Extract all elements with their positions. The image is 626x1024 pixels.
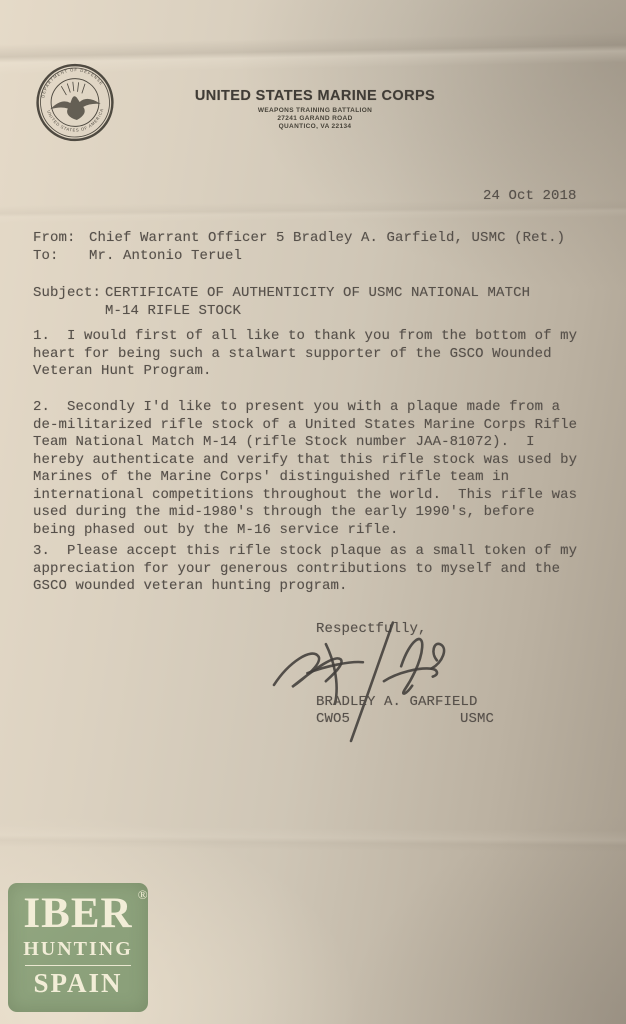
logo-divider	[25, 965, 131, 966]
letter-photo: DEPARTMENT OF DEFENSE UNITED STATES OF A…	[0, 0, 626, 1024]
to-label: To:	[33, 248, 89, 266]
from-value: Chief Warrant Officer 5 Bradley A. Garfi…	[89, 230, 565, 248]
svg-text:DEPARTMENT OF DEFENSE: DEPARTMENT OF DEFENSE	[37, 64, 105, 98]
letterhead-subline-battalion: WEAPONS TRAINING BATTALION	[170, 107, 460, 115]
letterhead: UNITED STATES MARINE CORPS WEAPONS TRAIN…	[170, 88, 460, 130]
signer-rank: CWO5	[316, 711, 350, 729]
paper-crease	[0, 825, 626, 853]
paragraph-1: 1. I would first of all like to thank yo…	[33, 328, 577, 381]
from-label: From:	[33, 230, 89, 248]
logo-word-iber: IBER®	[23, 892, 132, 935]
seal-rays	[61, 81, 86, 96]
subject-label: Subject:	[33, 285, 105, 320]
letterhead-title: UNITED STATES MARINE CORPS	[170, 88, 460, 104]
paragraph-2: 2. Secondly I'd like to present you with…	[33, 399, 577, 539]
to-value: Mr. Antonio Teruel	[89, 248, 242, 266]
signer-name: BRADLEY A. GARFIELD	[316, 694, 478, 712]
subject-line-2: M-14 RIFLE STOCK	[105, 303, 530, 321]
address-block: From: Chief Warrant Officer 5 Bradley A.…	[33, 230, 593, 265]
letterhead-subline-street: 27241 GARAND ROAD	[170, 115, 460, 123]
logo-word-spain: SPAIN	[8, 968, 148, 999]
subject-line-1: CERTIFICATE OF AUTHENTICITY OF USMC NATI…	[105, 285, 530, 303]
letterhead-subline-city: QUANTICO, VA 22134	[170, 123, 460, 131]
paragraph-3: 3. Please accept this rifle stock plaque…	[33, 543, 577, 596]
subject-block: Subject: CERTIFICATE OF AUTHENTICITY OF …	[33, 285, 593, 320]
seal-ring-text-top: DEPARTMENT OF DEFENSE	[37, 64, 105, 98]
dod-seal-icon: DEPARTMENT OF DEFENSE UNITED STATES OF A…	[32, 58, 118, 147]
signer-rank-row: CWO5 USMC	[316, 711, 494, 729]
iberhunting-watermark-logo: IBER® HUNTING SPAIN	[8, 883, 148, 1012]
date-line: 24 Oct 2018	[483, 188, 577, 206]
logo-word-hunting: HUNTING	[8, 938, 148, 961]
registered-trademark-icon: ®	[138, 888, 149, 901]
signer-branch: USMC	[460, 711, 494, 729]
signature-scrawl	[265, 615, 471, 751]
